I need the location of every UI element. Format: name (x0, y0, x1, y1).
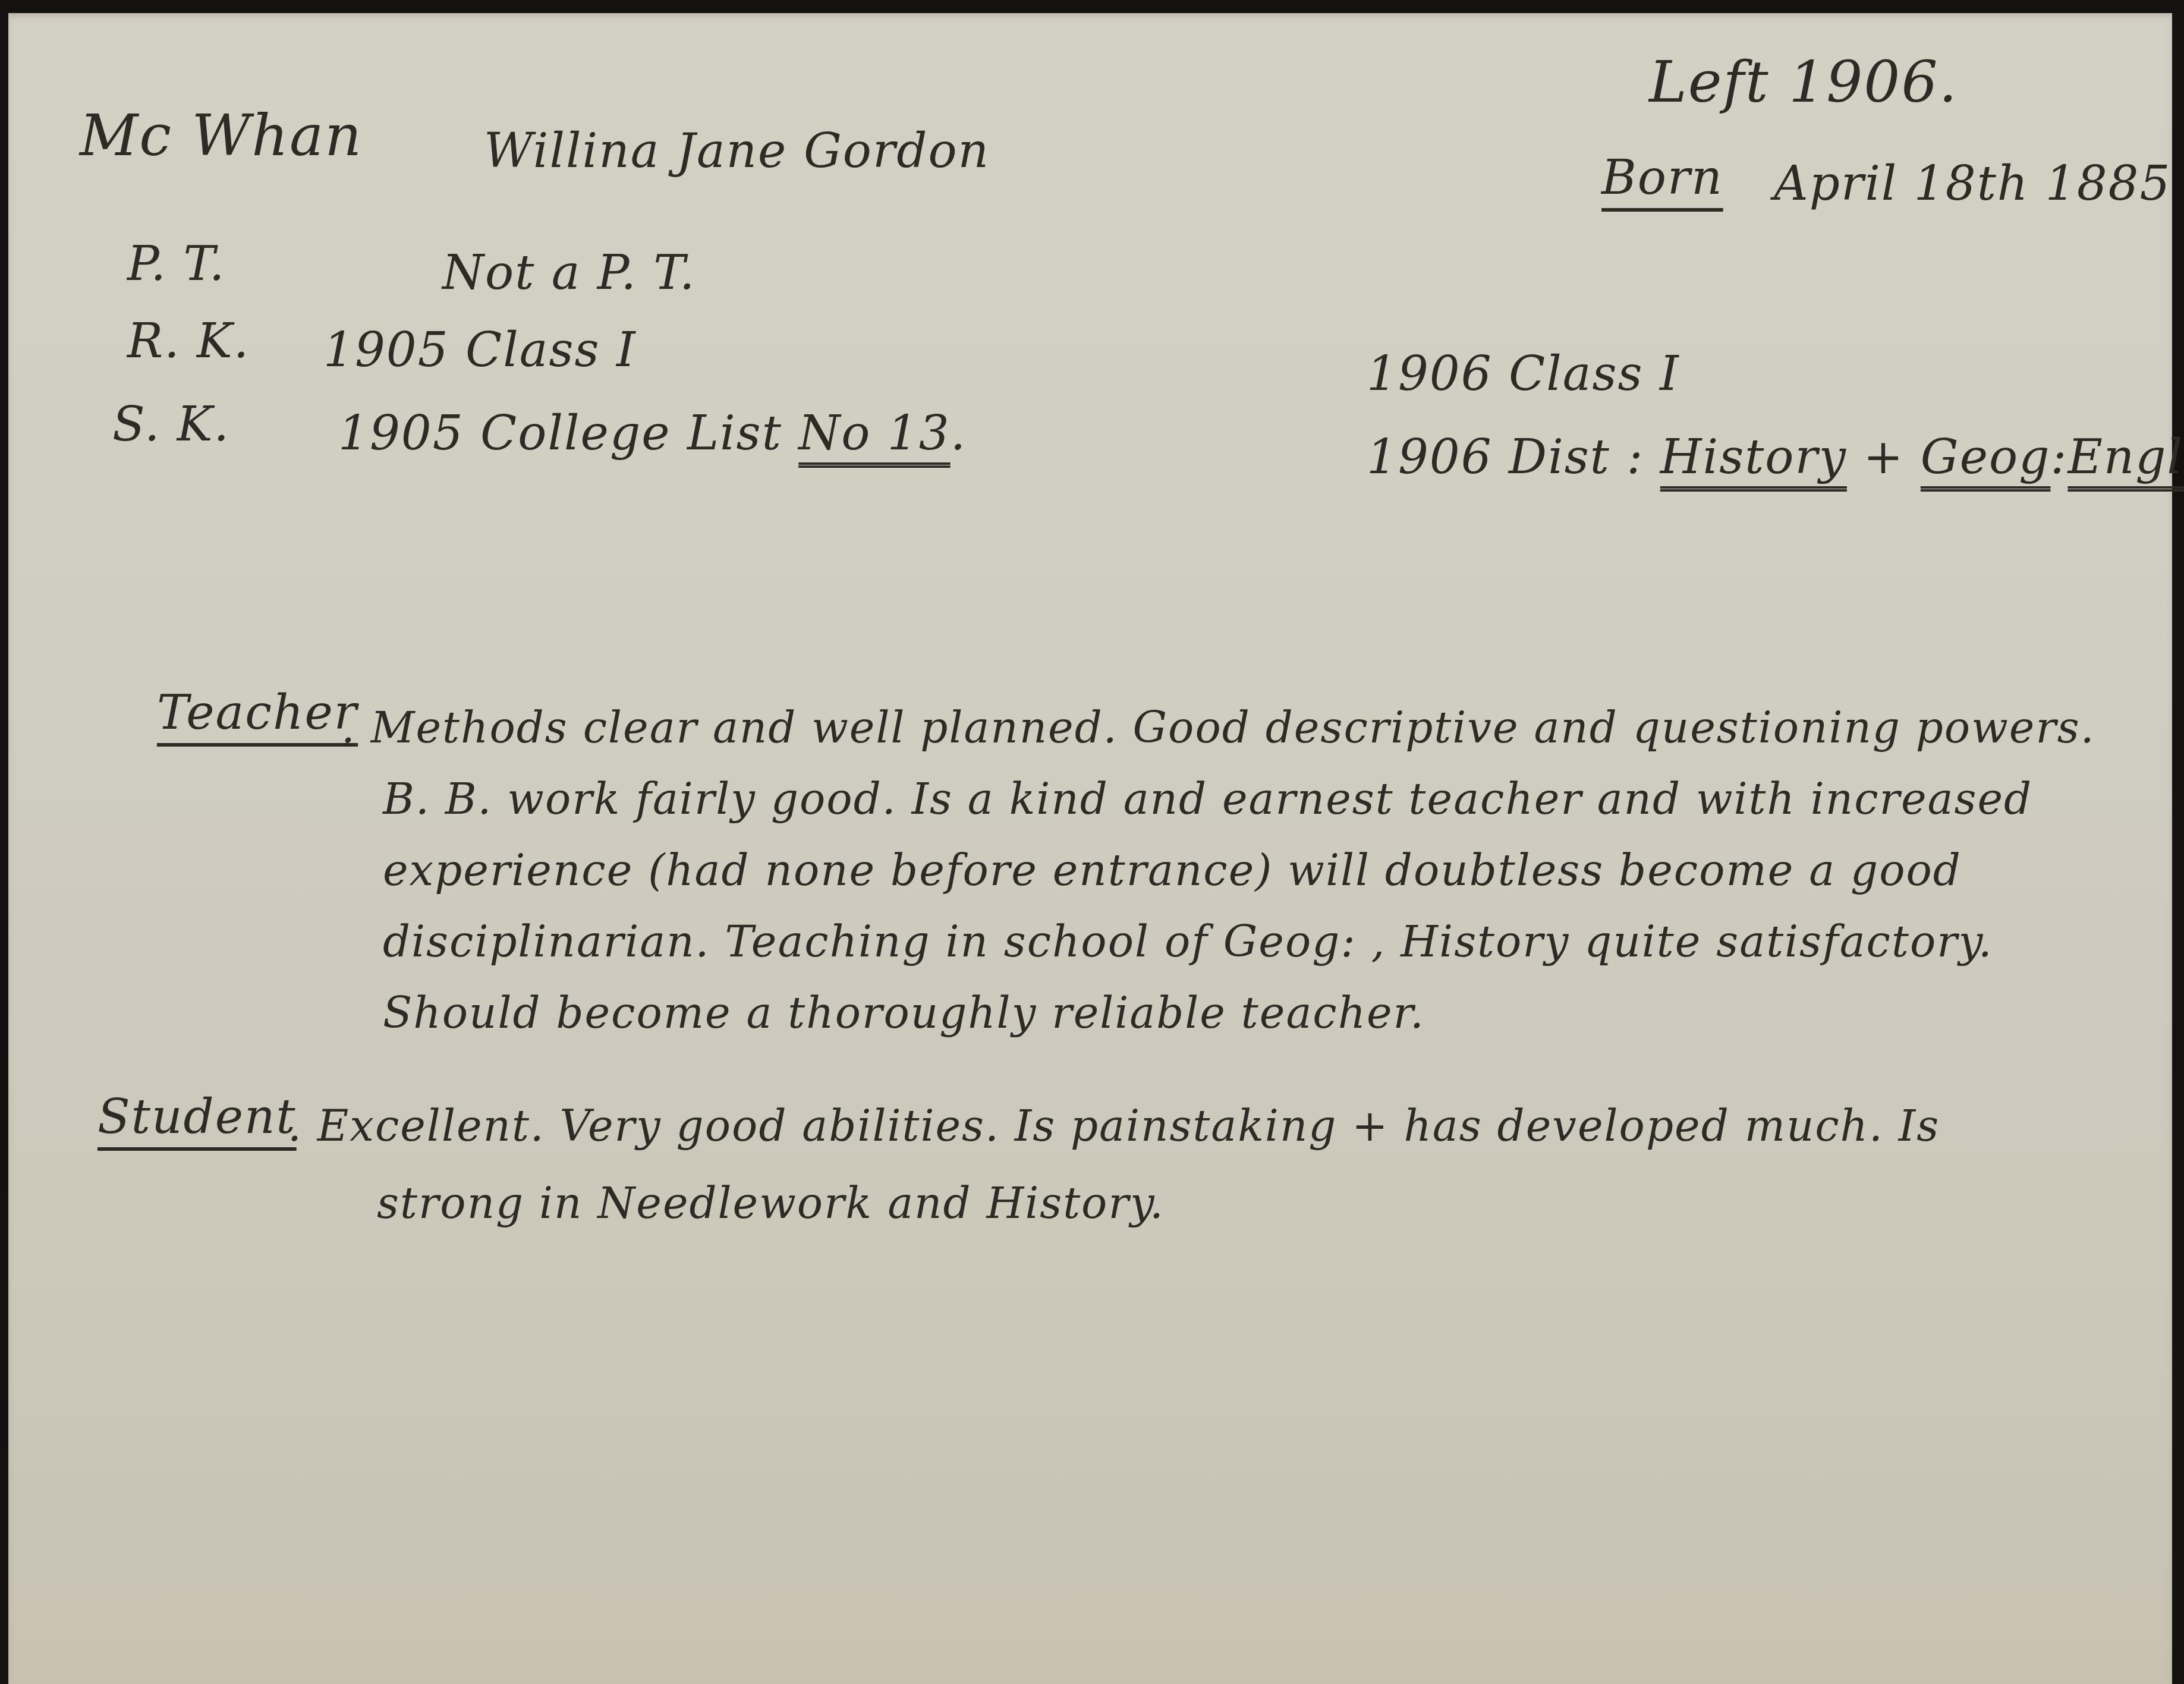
teacher-comment-line: experience (had none before entrance) wi… (383, 845, 1962, 895)
born-label: Born (1601, 150, 1723, 205)
distinctions-1906: 1906 Dist : History + Geog:Englis (1367, 429, 2184, 484)
born-date: April 18th 1885 (1774, 156, 2171, 211)
distinction-history: History (1660, 429, 1847, 484)
student-surname: Mc Whan (80, 102, 363, 169)
student-comment-line: . Excellent. Very good abilities. Is pai… (288, 1101, 1940, 1151)
record-card: Mc Whan Willina Jane Gordon Left 1906. B… (8, 13, 2172, 1684)
student-given-names: Willina Jane Gordon (484, 123, 990, 178)
class-1906: 1906 Class I (1367, 346, 1680, 401)
teacher-comment-line: disciplinarian. Teaching in school of Ge… (383, 917, 1993, 967)
distinction-english: Englis (2067, 429, 2184, 484)
student-label: Student (97, 1089, 297, 1144)
qualification-value-sk: 1905 College List No 13. (338, 405, 967, 461)
qualification-label-pt: P. T. (127, 236, 226, 291)
qualification-label-sk: S. K. (112, 396, 230, 452)
teacher-comment-line: Should become a thoroughly reliable teac… (383, 988, 1425, 1038)
student-comment-line: strong in Needlework and History. (377, 1178, 1165, 1228)
qualification-label-rk: R. K. (127, 313, 250, 369)
qualification-value-pt: Not a P. T. (442, 245, 696, 300)
distinctions-prefix: 1906 Dist : (1367, 429, 1644, 484)
left-year: Left 1906. (1649, 49, 1958, 115)
distinction-geog: Geog (1921, 429, 2051, 484)
college-list-text: 1905 College List (338, 405, 782, 461)
college-list-number: No 13 (798, 405, 950, 461)
teacher-comment-line: . Methods clear and well planned. Good d… (341, 703, 2095, 753)
teacher-label: Teacher (157, 685, 358, 740)
teacher-comment-line: B. B. work fairly good. Is a kind and ea… (383, 774, 2032, 824)
qualification-value-rk: 1905 Class I (323, 322, 637, 377)
